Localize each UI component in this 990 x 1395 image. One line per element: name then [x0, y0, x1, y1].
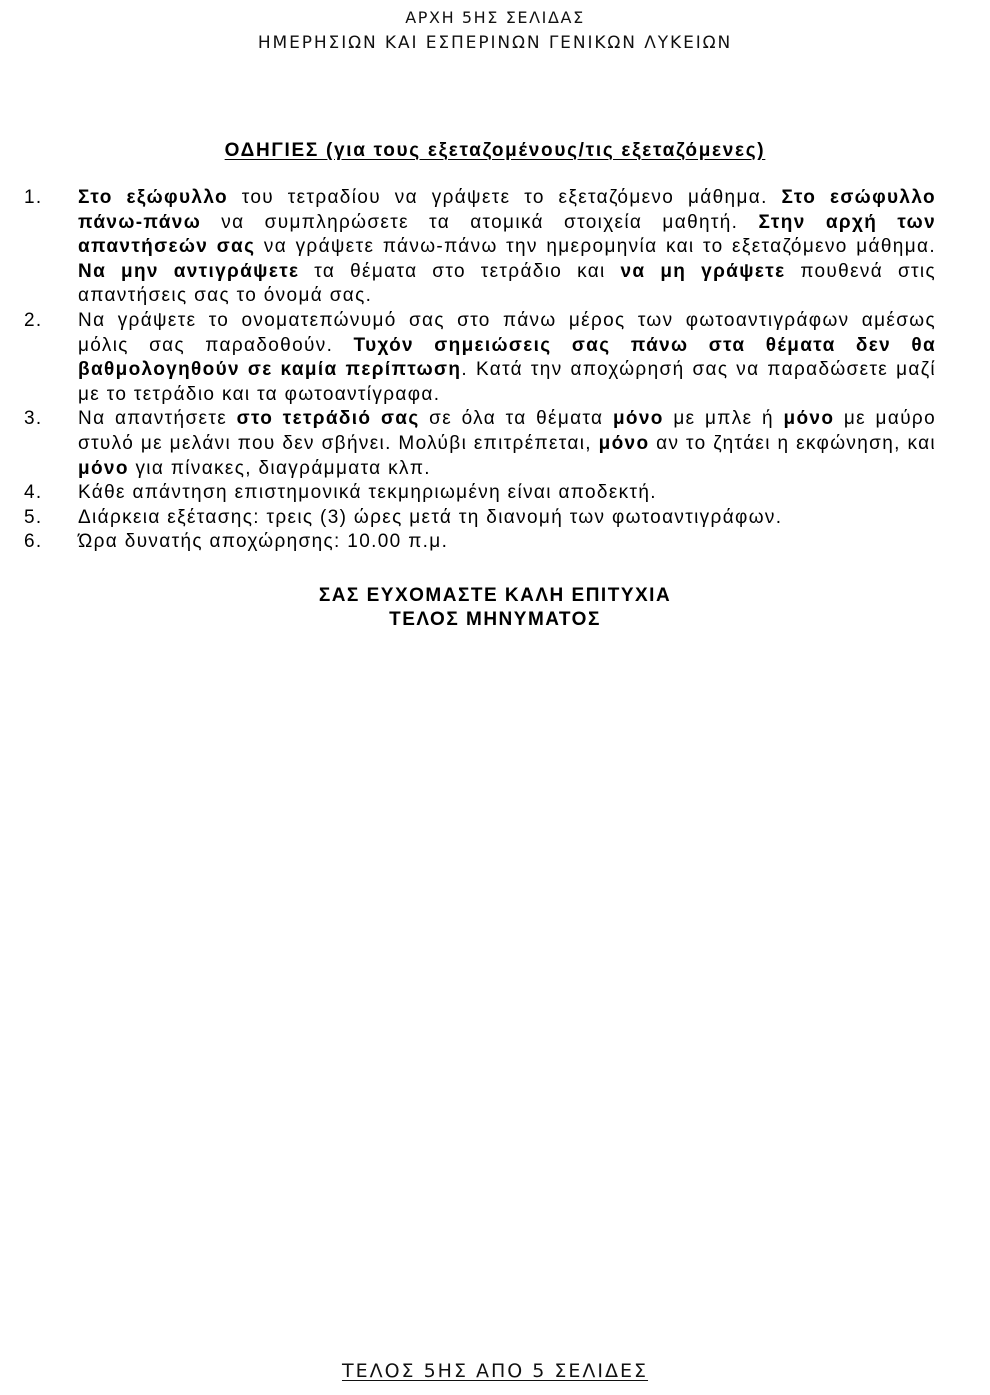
- instruction-number: 2.: [24, 309, 43, 334]
- body-text: να γράψετε πάνω-πάνω την ημερομηνία και …: [255, 236, 936, 257]
- instruction-number: 5.: [24, 506, 43, 531]
- instruction-item: 6. Ώρα δυνατής αποχώρησης: 10.00 π.μ.: [24, 530, 936, 555]
- instruction-text: Να γράψετε το ονοματεπώνυμό σας στο πάνω…: [78, 309, 936, 407]
- body-text: σε όλα τα θέματα: [420, 408, 613, 429]
- instruction-text: Στο εξώφυλλο του τετραδίου να γράψετε το…: [78, 186, 936, 309]
- page-footer: ΤΕΛΟΣ 5ΗΣ ΑΠΟ 5 ΣΕΛΙΔΕΣ: [0, 1360, 990, 1382]
- emphasis-text: στο τετράδιό σας: [237, 408, 420, 429]
- instruction-item: 1. Στο εξώφυλλο του τετραδίου να γράψετε…: [24, 186, 936, 309]
- body-text: με μπλε ή: [664, 408, 784, 429]
- emphasis-text: μόνο: [78, 458, 129, 479]
- instruction-item: 5. Διάρκεια εξέτασης: τρεις (3) ώρες μετ…: [24, 506, 936, 531]
- instruction-number: 6.: [24, 530, 43, 555]
- body-text: αν το ζητάει η εκφώνηση, και: [649, 433, 936, 454]
- body-text: για πίνακες, διαγράμματα κλπ.: [129, 458, 431, 479]
- instruction-text: Να απαντήσετε στο τετράδιό σας σε όλα τα…: [78, 407, 936, 481]
- body-text: Ώρα δυνατής αποχώρησης: 10.00 π.μ.: [78, 531, 448, 552]
- emphasis-text: μόνο: [784, 408, 835, 429]
- instructions-title: ΟΔΗΓΙΕΣ (για τους εξεταζομένους/τις εξετ…: [0, 140, 990, 162]
- body-text: Διάρκεια εξέτασης: τρεις (3) ώρες μετά τ…: [78, 507, 782, 528]
- body-text: να συμπληρώσετε τα ατομικά στοιχεία μαθη…: [201, 212, 758, 233]
- body-text: Να απαντήσετε: [78, 408, 237, 429]
- closing-end-message: ΤΕΛΟΣ ΜΗΝΥΜΑΤΟΣ: [0, 609, 990, 631]
- instructions-list: 1. Στο εξώφυλλο του τετραδίου να γράψετε…: [24, 186, 936, 555]
- body-text: τα θέματα στο τετράδιο και: [299, 261, 620, 282]
- instruction-number: 1.: [24, 186, 43, 211]
- instruction-item: 2. Να γράψετε το ονοματεπώνυμό σας στο π…: [24, 309, 936, 407]
- emphasis-text: Στο εξώφυλλο: [78, 187, 228, 208]
- instruction-item: 4. Κάθε απάντηση επιστημονικά τεκμηριωμέ…: [24, 481, 936, 506]
- instruction-text: Διάρκεια εξέτασης: τρεις (3) ώρες μετά τ…: [78, 506, 936, 531]
- body-text: του τετραδίου να γράψετε το εξεταζόμενο …: [228, 187, 782, 208]
- closing-wish: ΣΑΣ ΕΥΧΟΜΑΣΤΕ ΚΑΛΗ ΕΠΙΤΥΧΙΑ: [0, 585, 990, 607]
- emphasis-text: Να μην αντιγράψετε: [78, 261, 299, 282]
- instruction-number: 3.: [24, 407, 43, 432]
- page-header-school-type: ΗΜΕΡΗΣΙΩΝ ΚΑΙ ΕΣΠΕΡΙΝΩΝ ΓΕΝΙΚΩΝ ΛΥΚΕΙΩΝ: [0, 33, 990, 53]
- instruction-text: Κάθε απάντηση επιστημονικά τεκμηριωμένη …: [78, 481, 936, 506]
- emphasis-text: μόνο: [599, 433, 650, 454]
- exam-page: ΑΡΧΗ 5ΗΣ ΣΕΛΙΔΑΣ ΗΜΕΡΗΣΙΩΝ ΚΑΙ ΕΣΠΕΡΙΝΩΝ…: [0, 0, 990, 1395]
- emphasis-text: μόνο: [613, 408, 664, 429]
- instruction-item: 3. Να απαντήσετε στο τετράδιό σας σε όλα…: [24, 407, 936, 481]
- page-header-start: ΑΡΧΗ 5ΗΣ ΣΕΛΙΔΑΣ: [0, 8, 990, 27]
- body-text: Κάθε απάντηση επιστημονικά τεκμηριωμένη …: [78, 482, 657, 503]
- instruction-text: Ώρα δυνατής αποχώρησης: 10.00 π.μ.: [78, 530, 936, 555]
- emphasis-text: να μη γράψετε: [621, 261, 786, 282]
- instruction-number: 4.: [24, 481, 43, 506]
